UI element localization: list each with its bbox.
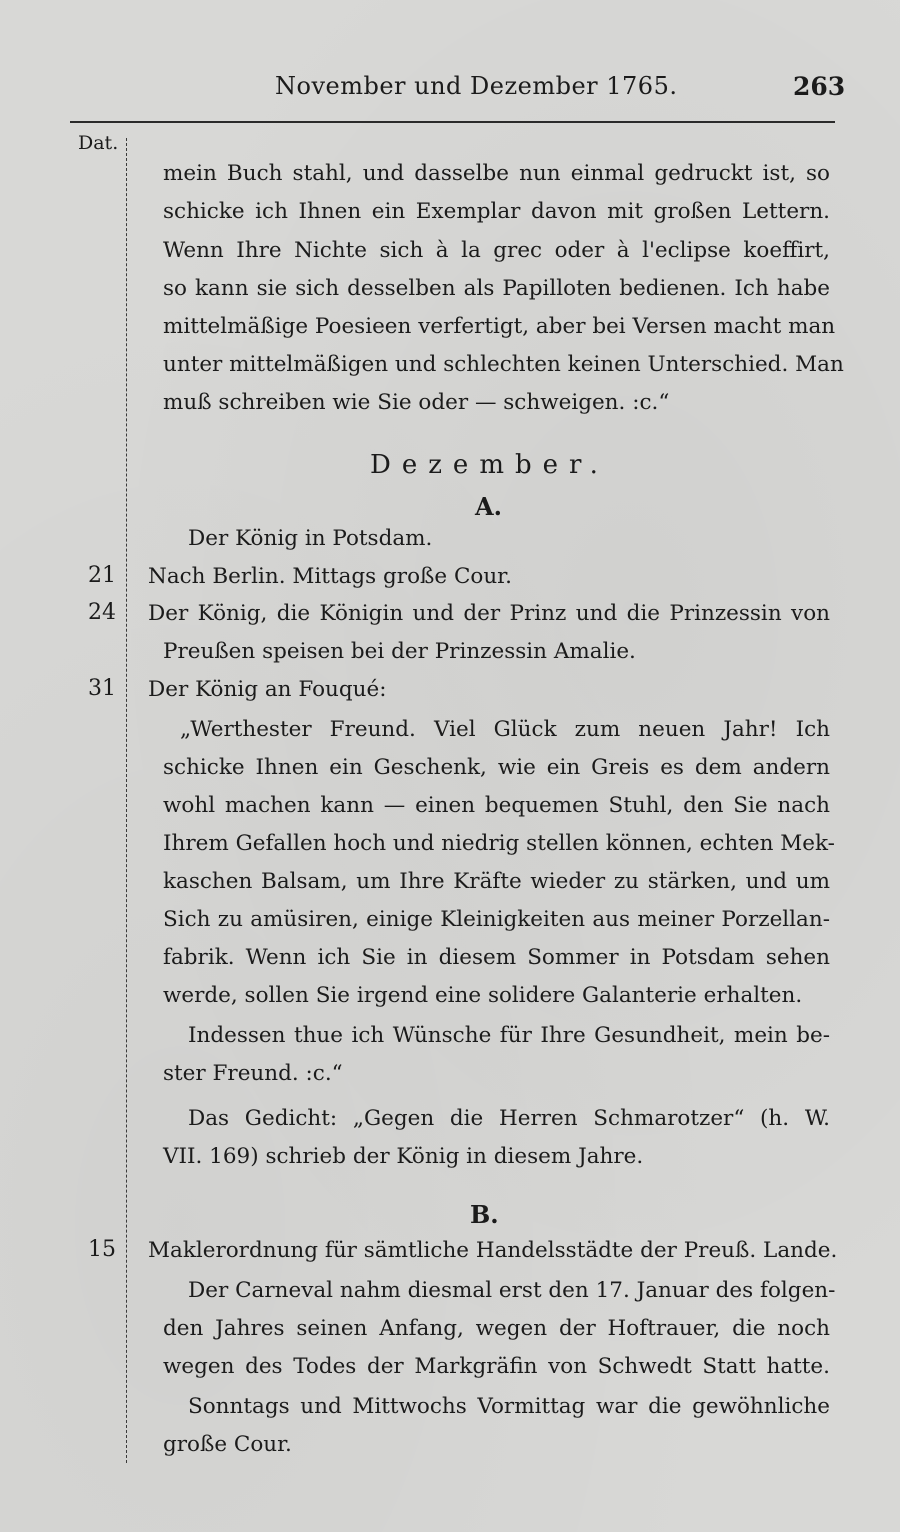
section-intro: Der König in Potsdam. — [188, 525, 830, 553]
letter-line: wohl machen kann — einen bequemen Stuhl,… — [163, 792, 830, 820]
entry-text: Nach Berlin. Mittags große Cour. — [148, 563, 815, 591]
paragraph-line: Der Carneval nahm diesmal erst den 17. J… — [188, 1277, 830, 1305]
section-letter: A. — [475, 492, 502, 521]
entry-text: Der König an Fouqué: — [148, 676, 815, 704]
text-line: muß schreiben wie Sie oder — schweigen. … — [163, 389, 830, 417]
text-line: so kann sie sich desselben als Papillote… — [163, 275, 830, 303]
letter-line: Ihrem Gefallen hoch und niedrig stellen … — [163, 830, 830, 858]
text-line: mittelmäßige Poesieen verfertigt, aber b… — [163, 313, 830, 341]
text-line: unter mittelmäßigen und schlechten keine… — [163, 351, 830, 379]
paragraph-line: den Jahres seinen Anfang, wegen der Hoft… — [163, 1315, 830, 1343]
letter-line: ster Freund. :c.“ — [163, 1060, 830, 1088]
header-rule — [70, 121, 835, 123]
month-heading: Dezember. — [370, 450, 609, 480]
poem-note-line: Das Gedicht: „Gegen die Herren Schmarotz… — [188, 1105, 830, 1133]
entry-text: Der König, die Königin und der Prinz und… — [148, 600, 830, 628]
entry-date: 15 — [88, 1237, 116, 1262]
letter-line: fabrik. Wenn ich Sie in diesem Sommer in… — [163, 944, 830, 972]
running-title: November und Dezember 1765. — [275, 72, 677, 100]
poem-note-line: VII. 169) schrieb der König in diesem Ja… — [163, 1143, 830, 1171]
entry-text: Preußen speisen bei der Prinzessin Amali… — [163, 638, 830, 666]
book-page: November und Dezember 1765. 263 Dat. mei… — [0, 0, 900, 1532]
paragraph-line: Sonntags und Mittwochs Vormittag war die… — [188, 1393, 830, 1421]
letter-line: Indessen thue ich Wünsche für Ihre Gesun… — [188, 1022, 830, 1050]
date-column-label: Dat. — [78, 132, 118, 154]
date-column-rule — [126, 138, 127, 1463]
letter-line: „Werthester Freund. Viel Glück zum neuen… — [180, 716, 830, 744]
entry-date: 24 — [88, 600, 116, 625]
letter-line: kaschen Balsam, um Ihre Kräfte wieder zu… — [163, 868, 830, 896]
letter-line: werde, sollen Sie irgend eine solidere G… — [163, 982, 830, 1010]
text-line: Wenn Ihre Nichte sich à la grec oder à l… — [163, 237, 830, 265]
page-number: 263 — [793, 72, 845, 101]
paragraph-line: große Cour. — [163, 1431, 830, 1459]
entry-date: 21 — [88, 563, 116, 588]
paragraph-line: wegen des Todes der Markgräfin von Schwe… — [163, 1353, 830, 1381]
text-line: mein Buch stahl, und dasselbe nun einmal… — [163, 160, 830, 188]
entry-text: Maklerordnung für sämtliche Handelsstädt… — [148, 1237, 830, 1265]
letter-line: Sich zu amüsiren, einige Kleinigkeiten a… — [163, 906, 830, 934]
section-letter: B. — [470, 1200, 499, 1229]
entry-date: 31 — [88, 676, 116, 701]
letter-line: schicke Ihnen ein Geschenk, wie ein Grei… — [163, 754, 830, 782]
text-line: schicke ich Ihnen ein Exemplar davon mit… — [163, 198, 830, 226]
